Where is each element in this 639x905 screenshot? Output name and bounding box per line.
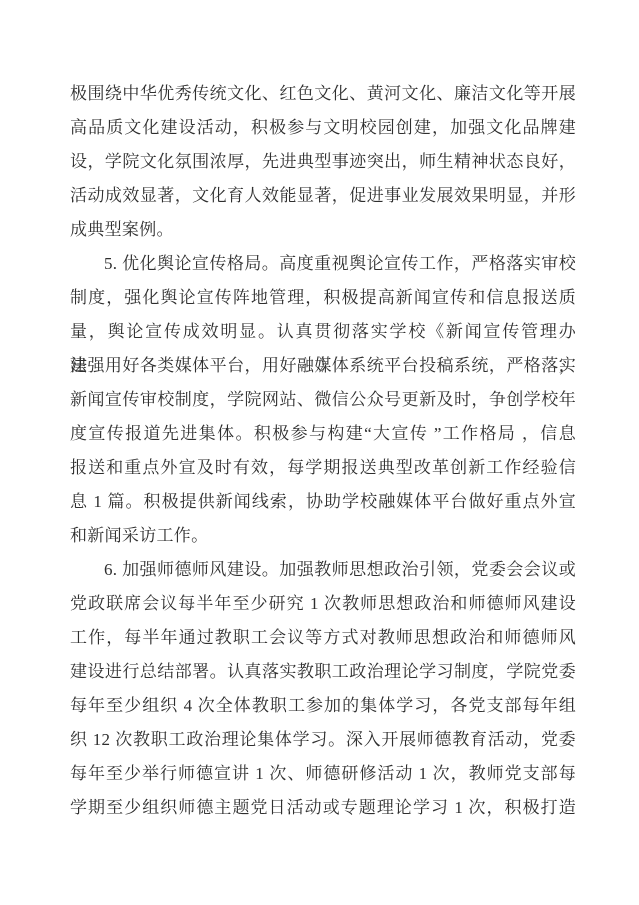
- text-line: 5. 优化舆论宣传格局。高度重视舆论宣传工作，严格落实审校: [70, 247, 576, 281]
- text-line: 度宣传报道先进集体。积极参与构建“大宣传 ”工作格局 ，信息: [70, 417, 576, 451]
- document-text-block: 极围绕中华优秀传统文化、红色文化、黄河文化、廉洁文化等开展高品质文化建设活动，积…: [70, 77, 576, 825]
- text-line: 活动成效显著，文化育人效能显著，促进事业发展效果明显，并形: [70, 179, 576, 213]
- text-line: 高品质文化建设活动，积极参与文明校园创建，加强文化品牌建: [70, 111, 576, 145]
- text-line: 新闻宣传审校制度，学院网站、微信公众号更新及时，争创学校年: [70, 383, 576, 417]
- text-line: 织 12 次教职工政治理论集体学习。深入开展师德教育活动，党委: [70, 723, 576, 757]
- text-line: 和新闻采访工作。: [70, 519, 576, 553]
- text-line: 建强用好各类媒体平台，用好融媒体系统平台投稿系统，严格落实: [70, 349, 576, 383]
- paragraph: 5. 优化舆论宣传格局。高度重视舆论宣传工作，严格落实审校制度，强化舆论宣传阵地…: [70, 247, 576, 553]
- text-line: 设，学院文化氛围浓厚，先进典型事迹突出，师生精神状态良好，: [70, 145, 576, 179]
- text-line: 极围绕中华优秀传统文化、红色文化、黄河文化、廉洁文化等开展: [70, 77, 576, 111]
- text-line: 建设进行总结部署。认真落实教职工政治理论学习制度，学院党委: [70, 655, 576, 689]
- text-line: 息 1 篇。积极提供新闻线索，协助学校融媒体平台做好重点外宣: [70, 485, 576, 519]
- text-line: 每年至少举行师德宣讲 1 次、师德研修活动 1 次，教师党支部每: [70, 757, 576, 791]
- text-line: 工作，每半年通过教职工会议等方式对教师思想政治和师德师风: [70, 621, 576, 655]
- text-line: 每年至少组织 4 次全体教职工参加的集体学习，各党支部每年组: [70, 689, 576, 723]
- text-line: 量，舆论宣传成效明显。认真贯彻落实学校《新闻宣传管理办法》，: [70, 315, 576, 349]
- text-line: 制度，强化舆论宣传阵地管理，积极提高新闻宣传和信息报送质: [70, 281, 576, 315]
- text-line: 报送和重点外宣及时有效，每学期报送典型改革创新工作经验信: [70, 451, 576, 485]
- text-line: 成典型案例。: [70, 213, 576, 247]
- text-line: 6. 加强师德师风建设。加强教师思想政治引领，党委会会议或: [70, 553, 576, 587]
- paragraph: 极围绕中华优秀传统文化、红色文化、黄河文化、廉洁文化等开展高品质文化建设活动，积…: [70, 77, 576, 247]
- text-line: 学期至少组织师德主题党日活动或专题理论学习 1 次，积极打造: [70, 791, 576, 825]
- document-page: 极围绕中华优秀传统文化、红色文化、黄河文化、廉洁文化等开展高品质文化建设活动，积…: [0, 0, 639, 905]
- paragraph: 6. 加强师德师风建设。加强教师思想政治引领，党委会会议或党政联席会议每半年至少…: [70, 553, 576, 825]
- text-line: 党政联席会议每半年至少研究 1 次教师思想政治和师德师风建设: [70, 587, 576, 621]
